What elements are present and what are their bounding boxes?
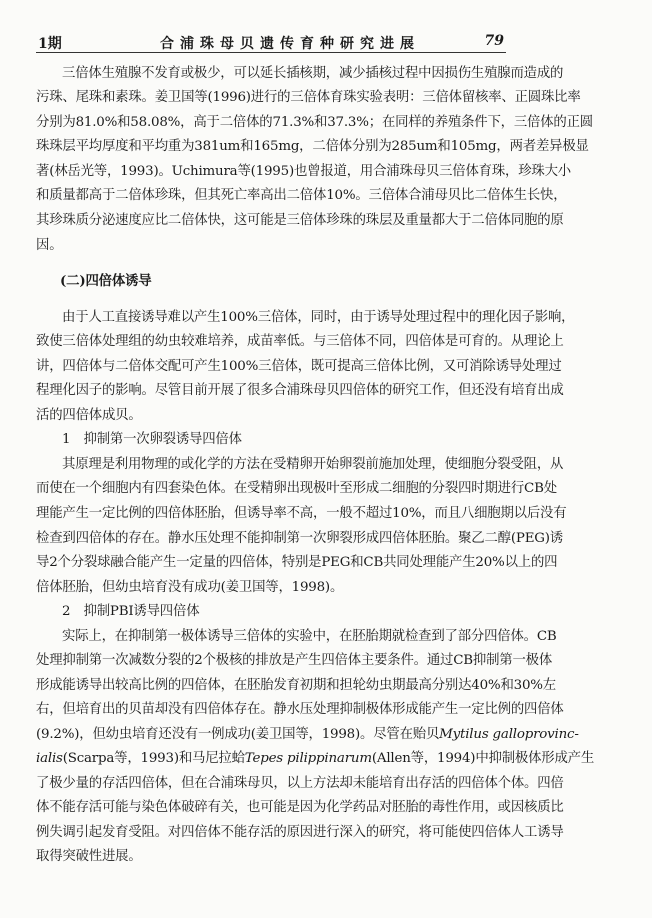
subsection-heading: 1 抑制第一次卵裂诱导四倍体 <box>62 429 362 451</box>
subsection-heading: 2 抑制PBI诱导四倍体 <box>62 601 362 623</box>
paragraph-line: 形成能诱导出较高比例的四倍体，在胚胎发育初期和担轮幼虫期最高分别达40%和30%… <box>36 675 506 697</box>
paragraph-line: 分别为81.0%和58.08%，高于二倍体的71.3%和37.3%；在同样的养殖… <box>36 112 506 134</box>
paragraph-line: 检查到四倍体的存在。静水压处理不能抑制第一次卵裂形成四倍体胚胎。聚乙二醇(PEG… <box>36 528 506 550</box>
paragraph-line: 处理抑制第一次减数分裂的2个极核的排放是产生四倍体主要条件。通过CB抑制第一极体 <box>36 650 506 672</box>
paragraph-line: 污珠、尾珠和素珠。姜卫国等(1996)进行的三倍体育珠实验表明：三倍体留核率、正… <box>36 87 506 109</box>
issue-label: 1期 <box>38 33 62 53</box>
paragraph-line: 著(林岳光等，1993)。Uchimura等(1995)也曾报道，用合浦珠母贝三… <box>36 161 506 183</box>
running-title: 合浦珠母贝遗传育种研究进展 <box>160 33 420 53</box>
paragraph-line: 了极少量的存活四倍体，但在合浦珠母贝，以上方法却未能培育出存活的四倍体个体。四倍 <box>36 773 506 795</box>
paragraph-line: 由于人工直接诱导难以产生100%三倍体，同时，由于诱导处理过程中的理化因子影响， <box>62 307 506 329</box>
paragraph-line: (9.2%)，但幼虫培育还没有一例成功(姜卫国等，1998)。尽管在贻贝Myti… <box>36 724 506 746</box>
paragraph-line: 右，但培育出的贝苗却没有四倍体存在。静水压处理抑制极体形成能产生一定比例的四倍体 <box>36 699 506 721</box>
paragraph-line: 体不能存活可能与染色体破碎有关，也可能是因为化学药品对胚胎的毒性作用，或因核质比 <box>36 797 506 819</box>
paragraph-line: 取得突破性进展。 <box>36 846 506 868</box>
paragraph-line: 和质量都高于二倍体珍珠，但其死亡率高出二倍体10%。三倍体合浦母贝比二倍体生长快… <box>36 185 506 207</box>
paragraph-line: 理能产生一定比例的四倍体胚胎，但诱导率不高，一般不超过10%，而且八细胞期以后没… <box>36 503 506 525</box>
paragraph-line: 其珍珠质分泌速度应比二倍体快，这可能是三倍体珍珠的珠层及重量都大于二倍体同胞的原 <box>36 210 506 232</box>
paragraph-line: 三倍体生殖腺不发育或极少，可以延长插核期，减少插核过程中因损伤生殖腺而造成的 <box>62 63 506 85</box>
paragraph-line: 程理化因子的影响。尽管目前开展了很多合浦珠母贝四倍体的研究工作，但还没有培育出成 <box>36 380 506 402</box>
page-number: 79 <box>485 33 504 49</box>
paragraph-line: ialis(Scarpa等，1993)和马尼拉蛤Tepes pilippinar… <box>36 748 506 770</box>
paragraph-line: 导2个分裂球融合能产生一定量的四倍体，特别是PEG和CB共同处理能产生20%以上… <box>36 552 506 574</box>
paragraph-line: 珠珠层平均厚度和平均重为381um和165mg，二倍体分别为285um和105m… <box>36 136 506 158</box>
running-header: 1期 合浦珠母贝遗传育种研究进展 79 <box>38 33 504 53</box>
paragraph-line: 例失调引起发育受阻。对四倍体不能存活的原因进行深入的研究，将可能使四倍体人工诱导 <box>36 822 506 844</box>
paragraph-line: 因。 <box>36 235 506 257</box>
paragraph-line: 实际上，在抑制第一极体诱导三倍体的实验中，在胚胎期就检查到了部分四倍体。CB <box>62 626 506 648</box>
paragraph-line: 活的四倍体成贝。 <box>36 405 506 427</box>
paragraph-line: 其原理是利用物理的或化学的方法在受精卵开始卵裂前施加处理，使细胞分裂受阻，从 <box>62 454 506 476</box>
paragraph-line: 倍体胚胎，但幼虫培育没有成功(姜卫国等，1998)。 <box>36 577 506 599</box>
paragraph-line: 讲，四倍体与二倍体交配可产生100%三倍体，既可提高三倍体比例，又可消除诱导处理… <box>36 356 506 378</box>
header-rule <box>36 52 506 53</box>
section-heading: (二)四倍体诱导 <box>60 270 360 292</box>
paragraph-line: 致使三倍体处理组的幼虫较难培养，成苗率低。与三倍体不同，四倍体是可育的。从理论上 <box>36 331 506 353</box>
paragraph-line: 而使在一个细胞内有四套染色体。在受精卵出现极叶至形成二细胞的分裂四时期进行CB处 <box>36 478 506 500</box>
